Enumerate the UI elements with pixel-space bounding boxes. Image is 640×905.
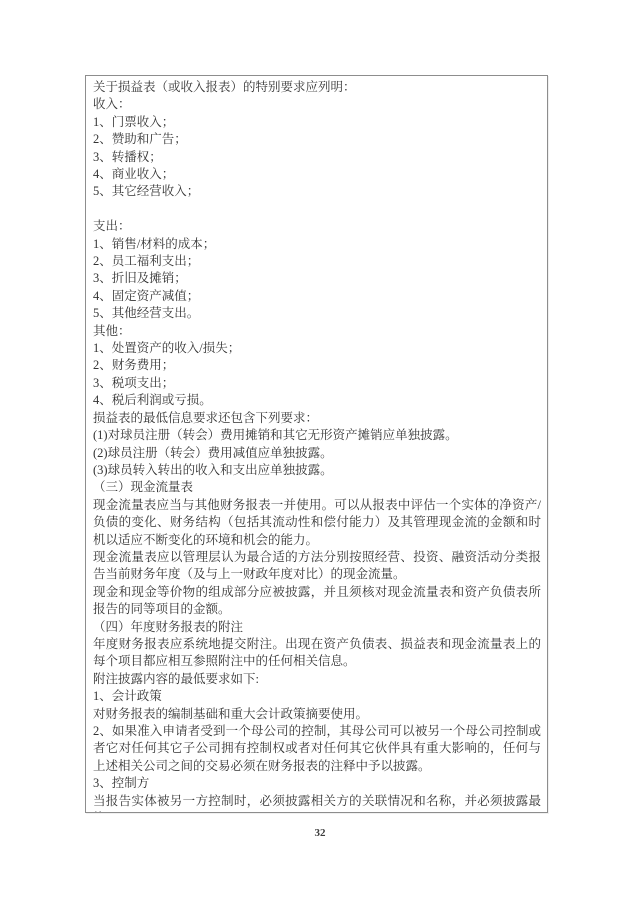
doc-paragraph: 现金流量表应当与其他财务报表一并使用。可以从报表中评估一个实体的净资产/负债的变…: [93, 497, 541, 549]
doc-line: 1、门票收入；: [93, 114, 541, 131]
doc-line: (3)球员转入转出的收入和支出应单独披露。: [93, 462, 541, 479]
doc-line: 2、员工福利支出；: [93, 253, 541, 270]
doc-line: 1、销售/材料的成本；: [93, 236, 541, 253]
doc-line: (2)球员注册（转会）费用减值应单独披露。: [93, 445, 541, 462]
doc-line: 3、控制方: [93, 775, 541, 792]
doc-line: 对财务报表的编制基础和重大会计政策摘要使用。: [93, 706, 541, 723]
doc-line: 1、处置资产的收入/损失；: [93, 340, 541, 357]
doc-line: 其他：: [93, 323, 541, 340]
doc-line: 支出：: [93, 218, 541, 235]
doc-paragraph: 当报告实体被另一方控制时，必须披露相关方的关联情况和名称，并必须披露最终: [93, 793, 541, 813]
doc-line: 附注披露内容的最低要求如下:: [93, 671, 541, 688]
doc-paragraph: 现金流量表应以管理层认为最合适的方法分别按照经营、投资、融资活动分类报告当前财务…: [93, 549, 541, 584]
doc-line: 损益表的最低信息要求还包含下列要求：: [93, 410, 541, 427]
section-heading: （四）年度财务报表的附注: [93, 619, 541, 636]
doc-line: 3、折旧及摊销；: [93, 270, 541, 287]
doc-line: 3、转播权；: [93, 149, 541, 166]
doc-line: 1、会计政策: [93, 688, 541, 705]
table-cell: 关于损益表（或收入报表）的特别要求应列明： 收入： 1、门票收入； 2、赞助和广…: [85, 75, 548, 813]
doc-line: 4、税后利润或亏损。: [93, 392, 541, 409]
doc-line: 收入：: [93, 96, 541, 113]
doc-paragraph: 现金和现金等价物的组成部分应被披露，并且须核对现金流量表和资产负债表所报告的同等…: [93, 584, 541, 619]
doc-line: 5、其他经营支出。: [93, 305, 541, 322]
doc-line: 关于损益表（或收入报表）的特别要求应列明：: [93, 79, 541, 96]
blank-line: [93, 201, 541, 218]
doc-paragraph: 年度财务报表应系统地提交附注。出现在资产负债表、损益表和现金流量表上的每个项目都…: [93, 636, 541, 671]
doc-line: 3、税项支出；: [93, 375, 541, 392]
page-number: 32: [0, 827, 640, 839]
section-heading: （三）现金流量表: [93, 479, 541, 496]
doc-line: 5、其它经营收入；: [93, 183, 541, 200]
doc-line: 4、商业收入；: [93, 166, 541, 183]
document-page: 关于损益表（或收入报表）的特别要求应列明： 收入： 1、门票收入； 2、赞助和广…: [0, 0, 640, 905]
doc-line: 2、赞助和广告；: [93, 131, 541, 148]
doc-line: 4、固定资产减值；: [93, 288, 541, 305]
doc-line: (1)对球员注册（转会）费用摊销和其它无形资产摊销应单独披露。: [93, 427, 541, 444]
doc-line: 2、财务费用；: [93, 357, 541, 374]
doc-paragraph: 2、如果准入申请者受到一个母公司的控制，其母公司可以被另一个母公司控制或者它对任…: [93, 723, 541, 775]
